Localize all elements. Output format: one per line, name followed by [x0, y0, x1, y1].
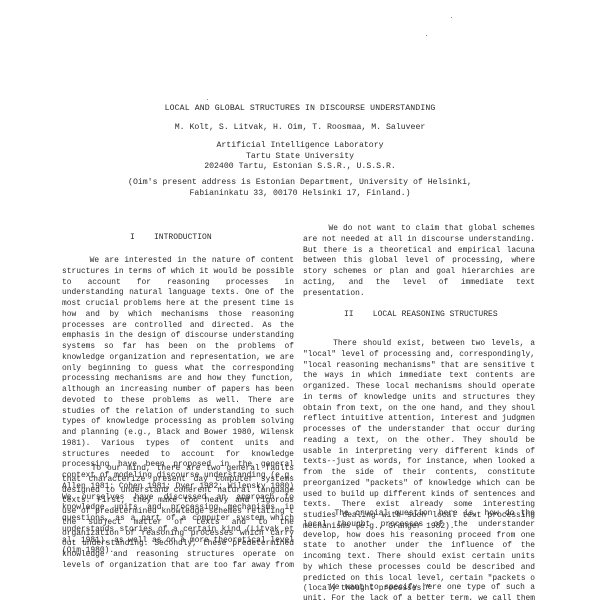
address-note-line-1: (Oim's present address is Estonian Depar…: [0, 178, 600, 187]
text-line: But there is a theoretical and empirical…: [303, 246, 535, 257]
paper-title: LOCAL AND GLOBAL STRUCTURES IN DISCOURSE…: [0, 104, 600, 113]
text-line: 1981). Various types of content units an…: [62, 439, 294, 450]
text-line: levels of organization that are too far …: [62, 561, 294, 572]
text-line: We want to specify here one type of such…: [303, 583, 535, 594]
text-line: devoted to these problems as well. There…: [62, 396, 294, 407]
affiliation-lab: Artificial Intelligence Laboratory: [0, 141, 600, 150]
text-line: processes of the understander that occur…: [303, 425, 535, 436]
scan-speck: [451, 17, 452, 18]
text-line: incoming text. There should exist certai…: [303, 552, 535, 563]
text-line: only beginning to guess what the corresp…: [62, 364, 294, 375]
section-heading-local-reasoning: II LOCAL REASONING STRUCTURES: [344, 310, 498, 319]
text-line: the subject matter of texts and to the: [62, 518, 294, 529]
text-line: types of knowledge processing as problem…: [62, 417, 294, 428]
address-note-line-2: Fabianinkatu 33, 00170 Helsinki 17, Finl…: [0, 189, 600, 198]
text-line: used to build up different kinds of sent…: [303, 490, 535, 501]
text-line: studies of the relation of understanding…: [62, 407, 294, 418]
text-line: knowledge organization and representatio…: [62, 353, 294, 364]
text-line: although an increasing number of papers …: [62, 385, 294, 396]
text-line: texts--just as words, for instance, when…: [303, 457, 535, 468]
text-line: state to another under the influence of …: [303, 541, 535, 552]
text-line: story schemes or plan and goal hierarchi…: [303, 267, 535, 278]
text-line: We do not want to claim that global sche…: [303, 224, 535, 235]
text-line: local thought processes of the understan…: [303, 520, 535, 531]
text-line: organization of reasoning processes whic…: [62, 529, 294, 540]
text-line: knowledge and reasoning structures opera…: [62, 550, 294, 561]
scan-speck: [426, 35, 427, 36]
text-line: unit. For the lack of a better term, we …: [303, 594, 535, 600]
text-line: emphasis in the design of discourse unde…: [62, 331, 294, 342]
text-line: understanding natural language texts. On…: [62, 288, 294, 299]
right-column-paragraph-1: We do not want to claim that global sche…: [303, 224, 535, 299]
text-line: The crucial question here is, how do the: [303, 509, 535, 520]
text-line: use of predetermined knowledge schemes r…: [62, 507, 294, 518]
text-line: "local" level of processing and, corresp…: [303, 350, 535, 361]
text-line: structures needed to account for knowled…: [62, 450, 294, 461]
text-line: structures in terms of which it would be…: [62, 267, 294, 278]
section-heading-introduction: I INTRODUCTION: [130, 233, 212, 242]
text-line: organized. These local mechanisms should…: [303, 382, 535, 393]
paper-authors: M. Kolt, S. Litvak, H. Oim, T. Roosmaa, …: [0, 123, 600, 132]
text-line: and planning (e.g., Black and Bower 1980…: [62, 428, 294, 439]
text-line: that characterize present day computer s…: [62, 475, 294, 486]
right-column-paragraph-2: There should exist, between two levels, …: [303, 339, 535, 533]
text-line: to account for reasoning processes in: [62, 278, 294, 289]
text-line: are not needed at all in discourse under…: [303, 235, 535, 246]
scan-speck: [207, 99, 208, 100]
text-line: obtain from text, on the one hand, and t…: [303, 404, 535, 415]
text-line: designed to understand coherent natural …: [62, 486, 294, 497]
text-line: most crucial problems here at the presen…: [62, 299, 294, 310]
text-line: There should exist, between two levels, …: [303, 339, 535, 350]
text-line: We are interested in the nature of conte…: [62, 256, 294, 267]
affiliation-address: 202400 Tartu, Estonian S.S.R., U.S.S.R.: [0, 162, 600, 171]
text-line: "local reasoning mechanisms" that are se…: [303, 361, 535, 372]
right-column-paragraph-4: We want to specify here one type of such…: [303, 583, 535, 600]
text-line: To our mind, there are two general fault…: [62, 464, 294, 475]
text-line: processes are controlled and directed. A…: [62, 321, 294, 332]
left-column-paragraph-2: To our mind, there are two general fault…: [62, 464, 294, 572]
text-line: texts. First, they make too heavy and ri…: [62, 496, 294, 507]
paper-page: LOCAL AND GLOBAL STRUCTURES IN DISCOURSE…: [0, 0, 600, 600]
text-line: from the side of their contents, constit…: [303, 468, 535, 479]
text-line: how and by which mechanisms those reason…: [62, 310, 294, 321]
text-line: processing mechanisms are and how they f…: [62, 374, 294, 385]
text-line: out understanding. Secondly, these prede…: [62, 539, 294, 550]
text-line: usable in interpreting very different ki…: [303, 447, 535, 458]
text-line: between this global level of processing,…: [303, 256, 535, 267]
text-line: by which these processes could be descri…: [303, 563, 535, 574]
text-line: preorganized "packets" of knowledge whic…: [303, 479, 535, 490]
text-line: systems so far has been on the problems …: [62, 342, 294, 353]
affiliation-university: Tartu State University: [0, 152, 600, 161]
text-line: reading a text, on the other. They shoul…: [303, 436, 535, 447]
text-line: the ways in which immediate text content…: [303, 371, 535, 382]
text-line: develop, how does his reasoning proceed …: [303, 531, 535, 542]
text-line: reflect intuitive attention, interest an…: [303, 414, 535, 425]
text-line: in terms of knowledge units and structur…: [303, 393, 535, 404]
text-line: presentation.: [303, 289, 535, 300]
text-line: acting, and the level of immediate text: [303, 278, 535, 289]
